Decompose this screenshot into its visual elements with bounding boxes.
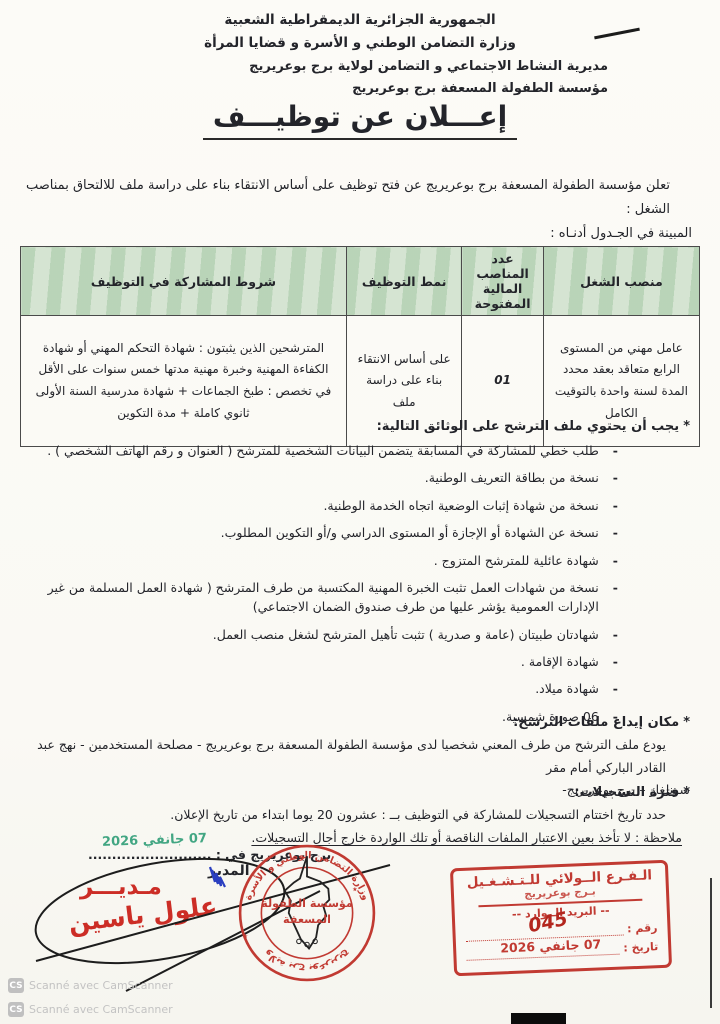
list-item-text: شهادة عائلية للمترشح المتزوج . (434, 551, 599, 570)
col-header-conditions: شروط المشاركة في التوظيف (21, 247, 347, 316)
registration-heading: *فترة التسجيلات: (15, 781, 690, 804)
list-item: -شهادة الإقامة . (15, 652, 690, 671)
list-item-text: شهادة الإقامة . (521, 652, 599, 671)
deposit-heading-text: مكان إيداع ملفات الترشح: (513, 715, 679, 730)
camscanner-watermark: CS Scanné avec CamScanner (8, 978, 173, 993)
list-item-text: نسخة من بطاقة التعريف الوطنية. (425, 468, 599, 487)
stamp-star: ٭ (352, 885, 358, 896)
header-ministry: وزارة التضامن الوطني و الأسرة و قضايا ال… (0, 35, 720, 51)
list-item: -شهادة ميلاد. (15, 679, 690, 698)
rect-stamp: الـفـرع الــولائي للـتـشـغـيل بـرج بوعري… (450, 860, 672, 977)
asterisk-marker: * (683, 715, 690, 730)
dash-bullet: - (613, 468, 618, 487)
stamp-center-line2: المسعفة (283, 913, 331, 926)
stamp-star: ٭ (243, 931, 249, 942)
dash-bullet: - (613, 441, 618, 460)
dash-bullet: - (613, 578, 618, 617)
dash-bullet: - (613, 625, 618, 644)
list-item: -نسخة من شهادات العمل تثبت الخبرة المهني… (15, 578, 690, 617)
documents-heading-text: يجب أن يحتوي ملف الترشح على الوثائق التا… (377, 419, 680, 434)
scan-edge-line (710, 878, 712, 1008)
list-item-text: طلب خطي للمشاركة في المسابقة يتضمن البيا… (47, 441, 599, 460)
registration-heading-text: فترة التسجيلات: (574, 785, 679, 800)
positions-table: منصب الشغل عدد المناصب المالية المفتوحة … (20, 246, 700, 447)
asterisk-marker: * (683, 419, 690, 434)
dash-bullet: - (613, 652, 618, 671)
list-item: -نسخة عن الشهادة أو الإجازة أو المستوى ا… (15, 523, 690, 542)
scan-black-bar (511, 1013, 566, 1024)
list-item: -شهادتان طبيتان (عامة و صدرية ) تثبت تأه… (15, 625, 690, 644)
deposit-heading: *مكان إيداع ملفات الترشح: (15, 711, 690, 734)
camscanner-icon: CS (8, 978, 24, 993)
col-header-open-posts: عدد المناصب المالية المفتوحة (462, 247, 543, 316)
dash-bullet: - (613, 551, 618, 570)
list-item-text: نسخة من شهادات العمل تثبت الخبرة المهنية… (15, 578, 599, 617)
rect-stamp-date-label: تاريخ : (623, 940, 658, 954)
stamp-arc-bottom: ولاية برج بوعريريج (262, 947, 352, 974)
list-item-text: نسخة من شهادة إثبات الوضعية اتجاه الخدمة… (323, 496, 598, 515)
page-title: إعـــلان عن توظيـــف (0, 100, 720, 133)
svg-text:ولاية برج بوعريريج: ولاية برج بوعريريج (262, 947, 352, 974)
dotted-leader: 07 جانفي 2026 (466, 940, 620, 961)
director-handwritten: مـديـــر (80, 874, 162, 900)
col-header-position: منصب الشغل (543, 247, 699, 316)
header-directorate: مديرية النشاط الاجتماعي و التضامن لولاية… (249, 59, 608, 74)
intro-line1: تعلن مؤسسة الطفولة المسعفة برج بوعريريج … (15, 174, 692, 222)
list-item: -نسخة من شهادة إثبات الوضعية اتجاه الخدم… (15, 496, 690, 515)
rect-stamp-number-label: رقم : (627, 921, 658, 935)
list-item: -نسخة من بطاقة التعريف الوطنية. (15, 468, 690, 487)
dash-bullet: - (613, 523, 618, 542)
list-item-text: شهادة ميلاد. (535, 679, 599, 698)
intro-paragraph: تعلن مؤسسة الطفولة المسعفة برج بوعريريج … (15, 174, 692, 246)
dash-bullet: - (613, 679, 618, 698)
list-item: -طلب خطي للمشاركة في المسابقة يتضمن البي… (15, 441, 690, 460)
stamp-doodle (297, 939, 301, 943)
stamp-center-line1: مؤسسة الطفولة (261, 897, 353, 910)
camscanner-icon: CS (8, 1002, 24, 1017)
list-item-text: شهادتان طبيتان (عامة و صدرية ) تثبت تأهي… (213, 625, 599, 644)
round-stamp: وزارة التضامن الوطني و الأسرة ولاية برج … (236, 840, 378, 986)
documents-heading: *يجب أن يحتوي ملف الترشح على الوثائق الت… (15, 419, 690, 434)
list-item-text: نسخة عن الشهادة أو الإجازة أو المستوى ال… (221, 523, 599, 542)
table-header-row: منصب الشغل عدد المناصب المالية المفتوحة … (21, 247, 700, 316)
dash-bullet: - (613, 496, 618, 515)
registration-deadline: حدد تاريخ اختتام التسجيلات للمشاركة في ا… (15, 804, 690, 827)
camscanner-label: Scanné avec CamScanner (29, 1003, 173, 1016)
deposit-line1: يودع ملف الترشح من طرف المعني شخصيا لدى … (15, 734, 690, 779)
intro-line2: المبينة في الجـدول أدنـاه : (15, 222, 692, 246)
header-institution: مؤسسة الطفولة المسعفة برج بوعريريج (352, 81, 608, 96)
asterisk-marker: * (683, 785, 690, 800)
scanned-job-announcement: الجمهورية الجزائرية الديمقراطية الشعبية … (0, 0, 720, 1024)
rect-stamp-date-row: تاريخ : 07 جانفي 2026 (466, 938, 658, 961)
header-republic: الجمهورية الجزائرية الديمقراطية الشعبية (0, 12, 720, 28)
rect-stamp-date-value: 07 جانفي 2026 (500, 936, 601, 955)
camscanner-label: Scanné avec CamScanner (29, 979, 173, 992)
page-title-text: إعـــلان عن توظيـــف (203, 100, 517, 140)
list-item: -شهادة عائلية للمترشح المتزوج . (15, 551, 690, 570)
documents-section: *يجب أن يحتوي ملف الترشح على الوثائق الت… (15, 419, 690, 734)
camscanner-watermark: CS Scanné avec CamScanner (8, 1002, 173, 1017)
col-header-mode: نمط التوظيف (346, 247, 461, 316)
